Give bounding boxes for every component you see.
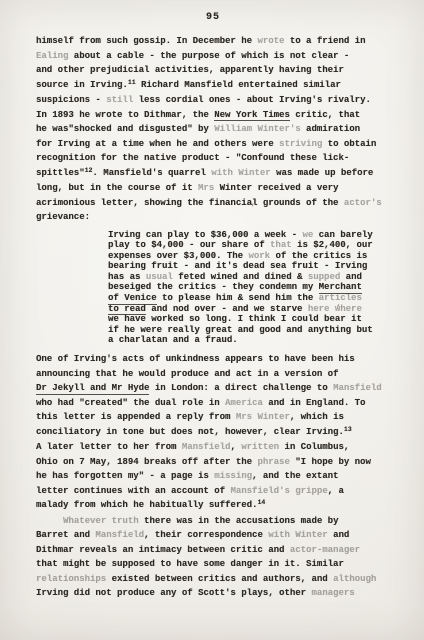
text-line: for Irving at a time when he and others … xyxy=(36,137,390,152)
text-run: managers xyxy=(311,588,354,598)
block-quote: Irving can play to $36,000 a week - we c… xyxy=(36,230,390,347)
text-run: written xyxy=(241,442,279,452)
text-line: if he were really great and good and any… xyxy=(108,325,390,336)
text-run: malady from which he habitually suffered… xyxy=(36,500,257,510)
text-run: for Irving at a time when he and others … xyxy=(36,139,279,149)
text-run: bearing fruit - and it's dead sea fruit … xyxy=(108,261,367,271)
text-run: suspicions - xyxy=(36,95,106,105)
text-run: has as xyxy=(108,272,146,282)
document-page: 95 himself from such gossip. In December… xyxy=(0,0,424,640)
text-run: conciliatory in tone but does not, howev… xyxy=(36,427,344,437)
text-run: and nod over - and we starve xyxy=(146,304,308,314)
paragraph: himself from such gossip. In December he… xyxy=(36,34,390,225)
text-run: , xyxy=(230,442,241,452)
text-line: One of Irving's acts of unkindness appea… xyxy=(36,352,390,367)
text-line: A later letter to her from Mansfield, wr… xyxy=(36,440,390,455)
text-line: play to $4,000 - our share of that is $2… xyxy=(108,240,390,251)
text-run: although xyxy=(333,574,376,584)
text-line: spittles"12. Mansfield's quarrel with Wi… xyxy=(36,166,390,182)
text-run: to please him & send him the xyxy=(157,293,319,303)
text-line: Irving did not produce any of Scott's pl… xyxy=(36,586,390,601)
text-run: striving xyxy=(279,139,322,149)
text-run: supped xyxy=(308,272,340,282)
text-run: and xyxy=(328,530,350,540)
text-line: Whatever truth there was in the accusati… xyxy=(36,514,390,529)
text-run: long, but in the course of it xyxy=(36,183,198,193)
text-run: , and the extant xyxy=(252,471,338,481)
text-run: and in England. To xyxy=(263,398,366,408)
text-run: . Mansfield's quarrel xyxy=(92,168,211,178)
text-run: we have worked so long. I think I could … xyxy=(108,314,362,324)
text-run: acrimonious letter, showing the financia… xyxy=(36,198,344,208)
paragraph: One of Irving's acts of unkindness appea… xyxy=(36,352,390,514)
text-run: with Winter xyxy=(211,168,270,178)
text-run: critic, that xyxy=(290,110,360,120)
text-line: Barret and Mansfield, their corresponden… xyxy=(36,528,390,543)
text-line: has as usual feted wined and dined & sup… xyxy=(108,272,390,283)
text-line: to read and nod over - and we starve her… xyxy=(108,304,390,315)
text-run: that xyxy=(270,240,292,250)
text-run: we xyxy=(302,230,313,240)
text-run: Richard Mansfield entertained similar xyxy=(136,80,341,90)
text-line: recognition for the native product - "Co… xyxy=(36,151,390,166)
text-run: here where xyxy=(308,304,362,314)
text-run: play to $4,000 - our share of xyxy=(108,240,270,250)
text-line: bearing fruit - and it's dead sea fruit … xyxy=(108,261,390,272)
text-run: , a xyxy=(328,486,344,496)
text-line: himself from such gossip. In December he… xyxy=(36,34,390,49)
text-line: we have worked so long. I think I could … xyxy=(108,314,390,325)
footnote-ref: 14 xyxy=(257,499,265,506)
text-run: , which is xyxy=(290,412,344,422)
text-line: In 1893 he wrote to Dithmar, the New Yor… xyxy=(36,108,390,123)
text-line: expenses over $3,000. The work of the cr… xyxy=(108,251,390,262)
text-run: One of Irving's acts of unkindness appea… xyxy=(36,354,355,364)
text-run: of the critics is xyxy=(270,251,367,261)
text-run: about a cable - the purpose of which is … xyxy=(68,51,349,61)
text-line: letter continues with an account of Mans… xyxy=(36,484,390,499)
text-run: Mrs xyxy=(198,183,214,193)
paragraph: Whatever truth there was in the accusati… xyxy=(36,514,390,601)
text-run: that might be supposed to have some dang… xyxy=(36,559,344,569)
text-run: "I hope by now xyxy=(290,457,371,467)
text-run: announcing that he would produce and act… xyxy=(36,369,338,379)
underlined-text: New York Times xyxy=(214,110,290,122)
text-run: wrote xyxy=(257,36,284,46)
page-number: 95 xyxy=(36,12,390,23)
text-run: and other prejudicial activities, appare… xyxy=(36,65,344,75)
footnote-ref: 12 xyxy=(85,167,93,174)
text-run: beseiged the critics - they condemn my xyxy=(108,282,319,292)
text-run: missing xyxy=(214,471,252,481)
text-run: Dithmar reveals an intimacy between crit… xyxy=(36,545,290,555)
text-run: existed between critics and authors, and xyxy=(106,574,333,584)
text-run: , their correspondence xyxy=(144,530,268,540)
text-line: relationships existed between critics an… xyxy=(36,572,390,587)
text-run: he was"shocked and disgusted" by xyxy=(36,124,214,134)
text-run: can barely xyxy=(313,230,372,240)
text-run: himself from such gossip. In December he xyxy=(36,36,257,46)
text-run: Ealing xyxy=(36,51,68,61)
text-run: expenses over $3,000. The xyxy=(108,251,248,261)
text-run: Mansfield xyxy=(95,530,144,540)
text-line: of Venice to please him & send him the a… xyxy=(108,293,390,304)
text-line: suspicions - still less cordial ones - a… xyxy=(36,93,390,108)
text-run: less cordial ones - about Irving's rival… xyxy=(133,95,371,105)
text-line: grievance: xyxy=(36,210,390,225)
text-run: to a friend in xyxy=(284,36,365,46)
text-line: Dr Jekyll and Mr Hyde in London: a direc… xyxy=(36,381,390,396)
text-line: Irving can play to $36,000 a week - we c… xyxy=(108,230,390,241)
text-run: is $2,400, our xyxy=(292,240,373,250)
text-line: a charlatan and a fraud. xyxy=(108,335,390,346)
text-run: still xyxy=(106,95,133,105)
text-line: and other prejudicial activities, appare… xyxy=(36,63,390,78)
text-line: acrimonious letter, showing the financia… xyxy=(36,196,390,211)
text-line: conciliatory in tone but does not, howev… xyxy=(36,425,390,441)
scan-speck: , xyxy=(336,299,341,309)
text-line: malady from which he habitually suffered… xyxy=(36,498,390,514)
text-run: phrase xyxy=(257,457,289,467)
text-line: announcing that he would produce and act… xyxy=(36,367,390,382)
text-run: source in Irving. xyxy=(36,80,128,90)
text-run: actor's xyxy=(344,198,382,208)
text-run: who had "created" the dual role in xyxy=(36,398,225,408)
text-run: if he were really great and good and any… xyxy=(108,325,373,335)
text-line: that might be supposed to have some dang… xyxy=(36,557,390,572)
text-run: letter continues with an account of xyxy=(36,486,230,496)
footnote-ref: 11 xyxy=(128,79,136,86)
text-run: to obtain xyxy=(322,139,376,149)
text-run: Ohio on 7 May, 1894 breaks off after the xyxy=(36,457,257,467)
text-run: Mansfield xyxy=(333,383,382,393)
text-line: Ealing about a cable - the purpose of wh… xyxy=(36,49,390,64)
text-run: spittles" xyxy=(36,168,85,178)
text-run: feted wined and dined & xyxy=(173,272,308,282)
text-run: Mrs Winter xyxy=(236,412,290,422)
text-run: work xyxy=(248,251,270,261)
text-run xyxy=(36,516,63,526)
text-run: with Winter xyxy=(268,530,327,540)
text-run: In 1893 he wrote to Dithmar, the xyxy=(36,110,214,120)
text-run: was made up before xyxy=(271,168,374,178)
text-run: he has forgotten my" - a page is xyxy=(36,471,214,481)
text-run: in Columbus, xyxy=(279,442,349,452)
text-run: actor-manager xyxy=(290,545,360,555)
underlined-text: Dr Jekyll and Mr Hyde xyxy=(36,383,149,395)
text-run: Winter received a very xyxy=(214,183,338,193)
text-run: this letter is appended a reply from xyxy=(36,412,236,422)
text-run: Whatever truth xyxy=(63,516,139,526)
text-run: Irving did not produce any of Scott's pl… xyxy=(36,588,311,598)
text-run: and xyxy=(340,272,362,282)
text-run: there was in the accusations made by xyxy=(139,516,339,526)
text-run: Mansfield xyxy=(182,442,231,452)
text-line: long, but in the course of it Mrs Winter… xyxy=(36,181,390,196)
text-run: relationships xyxy=(36,574,106,584)
text-run: Irving can play to $36,000 a week - xyxy=(108,230,302,240)
text-run: in London: a direct challenge to xyxy=(149,383,333,393)
text-line: beseiged the critics - they condemn my M… xyxy=(108,282,390,293)
text-line: this letter is appended a reply from Mrs… xyxy=(36,410,390,425)
scan-speck: ' xyxy=(250,203,255,213)
text-line: he was"shocked and disgusted" by William… xyxy=(36,122,390,137)
text-run: admiration xyxy=(301,124,360,134)
page-body: himself from such gossip. In December he… xyxy=(36,34,390,601)
text-run: recognition for the native product - "Co… xyxy=(36,153,349,163)
text-run: grievance: xyxy=(36,212,90,222)
text-line: Ohio on 7 May, 1894 breaks off after the… xyxy=(36,455,390,470)
text-run: Barret and xyxy=(36,530,95,540)
text-run: A later letter to her from xyxy=(36,442,182,452)
text-line: who had "created" the dual role in Ameri… xyxy=(36,396,390,411)
text-run: America xyxy=(225,398,263,408)
text-run: Mansfield's grippe xyxy=(230,486,327,496)
text-line: source in Irving.11 Richard Mansfield en… xyxy=(36,78,390,94)
text-line: Dithmar reveals an intimacy between crit… xyxy=(36,543,390,558)
text-run: usual xyxy=(146,272,173,282)
text-run: a charlatan and a fraud. xyxy=(108,335,238,345)
footnote-ref: 13 xyxy=(344,426,352,433)
text-run: William Winter's xyxy=(214,124,300,134)
text-line: he has forgotten my" - a page is missing… xyxy=(36,469,390,484)
